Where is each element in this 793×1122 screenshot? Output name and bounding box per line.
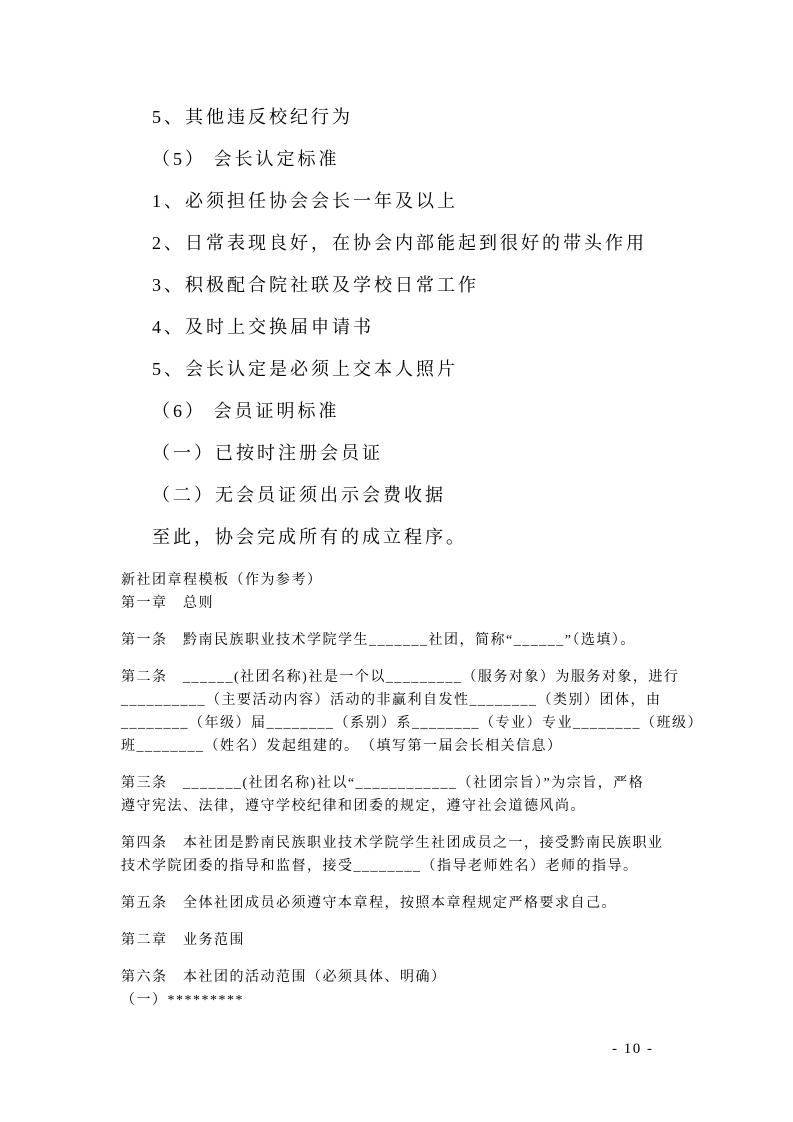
- article-line: __________（主要活动内容）活动的非赢利自发性________（类别）团…: [121, 689, 703, 712]
- chapter-heading-line: 第二章 业务范围: [121, 929, 703, 952]
- chapter-2-heading: 第二章 业务范围: [121, 929, 703, 952]
- template-title-line: 新社团章程模板（作为参考）: [121, 569, 703, 592]
- chapter-1-heading: 第一章 总则: [121, 592, 703, 615]
- article-line: （一）*********: [121, 989, 703, 1012]
- article-line: 第一条 黔南民族职业技术学院学生_______社团，简称“______”（选填）…: [121, 629, 703, 652]
- doc-line: （一）已按时注册会员证: [152, 432, 647, 474]
- article-line: 第四条 本社团是黔南民族职业技术学院学生社团成员之一，接受黔南民族职业: [121, 832, 703, 855]
- doc-line: （5） 会长认定标准: [152, 138, 647, 180]
- document-page: 5、其他违反校纪行为 （5） 会长认定标准 1、必须担任协会会长一年及以上 2、…: [0, 0, 793, 1122]
- article-line: 第六条 本社团的活动范围（必须具体、明确）: [121, 966, 703, 989]
- doc-line: 5、会长认定是必须上交本人照片: [152, 348, 647, 390]
- article-line: 第五条 全体社团成员必须遵守本章程，按照本章程规定严格要求自己。: [121, 892, 703, 915]
- article-line: 遵守宪法、法律，遵守学校纪律和团委的规定，遵守社会道德风尚。: [121, 795, 703, 818]
- doc-line: 4、及时上交换届申请书: [152, 306, 647, 348]
- doc-line: （二）无会员证须出示会费收据: [152, 474, 647, 516]
- doc-line: （6） 会员证明标准: [152, 390, 647, 432]
- article-line: 技术学院团委的指导和监督，接受________（指导老师姓名）老师的指导。: [121, 855, 703, 878]
- article-line: ________（年级）届________（系别）系________（专业）专业…: [121, 712, 703, 735]
- doc-line: 至此，协会完成所有的成立程序。: [152, 516, 647, 558]
- doc-line: 2、日常表现良好，在协会内部能起到很好的带头作用: [152, 222, 647, 264]
- article-6: 第六条 本社团的活动范围（必须具体、明确） （一）*********: [121, 966, 703, 1012]
- doc-line: 1、必须担任协会会长一年及以上: [152, 180, 647, 222]
- page-number: - 10 -: [612, 1041, 654, 1058]
- article-5: 第五条 全体社团成员必须遵守本章程，按照本章程规定严格要求自己。: [121, 892, 703, 915]
- article-4: 第四条 本社团是黔南民族职业技术学院学生社团成员之一，接受黔南民族职业 技术学院…: [121, 832, 703, 878]
- doc-line: 5、其他违反校纪行为: [152, 96, 647, 138]
- charter-template-section: 新社团章程模板（作为参考） 第一章 总则 第一条 黔南民族职业技术学院学生___…: [121, 569, 703, 1012]
- article-line: 第二条 ______(社团名称)社是一个以_________（服务对象）为服务对…: [121, 666, 703, 689]
- article-line: 第三条 _______(社团名称)社以“____________（社团宗旨）”为…: [121, 772, 703, 795]
- numbered-list-section: 5、其他违反校纪行为 （5） 会长认定标准 1、必须担任协会会长一年及以上 2、…: [152, 96, 647, 558]
- article-2: 第二条 ______(社团名称)社是一个以_________（服务对象）为服务对…: [121, 666, 703, 758]
- template-title: 新社团章程模板（作为参考） 第一章 总则: [121, 569, 703, 615]
- doc-line: 3、积极配合院社联及学校日常工作: [152, 264, 647, 306]
- article-line: 班________（姓名）发起组建的。 （填写第一届会长相关信息）: [121, 735, 703, 758]
- article-1: 第一条 黔南民族职业技术学院学生_______社团，简称“______”（选填）…: [121, 629, 703, 652]
- article-3: 第三条 _______(社团名称)社以“____________（社团宗旨）”为…: [121, 772, 703, 818]
